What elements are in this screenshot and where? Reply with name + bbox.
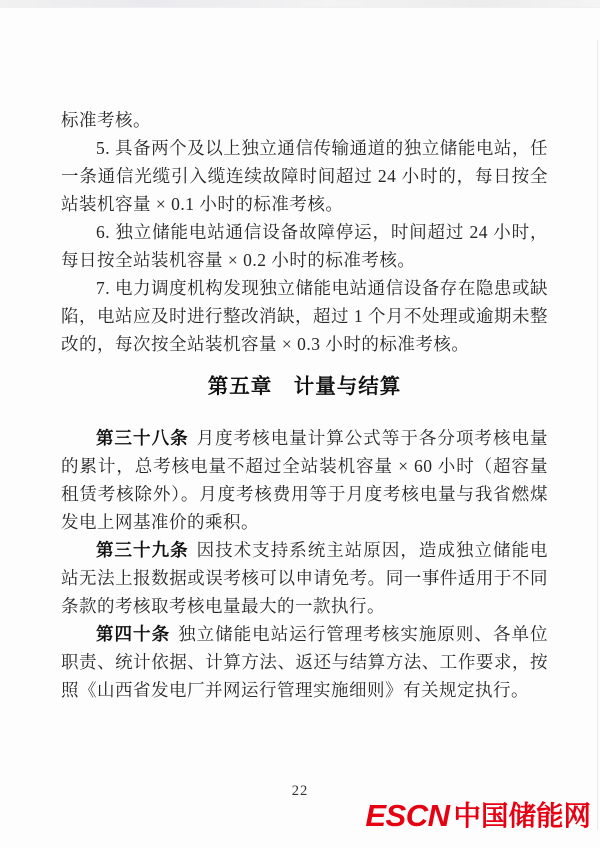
logo-cjk-text: 中国储能网 xyxy=(454,802,592,830)
body-paragraph: 5. 具备两个及以上独立通信传输通道的独立储能电站，任一条通信光缆引入缆连续故障… xyxy=(61,134,548,218)
article-paragraph: 第三十九条因技术支持系统主站原因，造成独立储能电站无法上报数据或误考核可以申请免… xyxy=(61,536,548,620)
body-paragraph: 6. 独立储能电站通信设备故障停运，时间超过 24 小时，每日按全站装机容量 ×… xyxy=(61,218,548,274)
article-paragraph: 第四十条独立储能电站运行管理考核实施原则、各单位职责、统计依据、计算方法、返还与… xyxy=(61,620,548,704)
logo-latin-text: ESCN xyxy=(365,800,449,831)
escn-logo: ESCN 中国储能网 xyxy=(365,800,591,831)
article-number: 第四十条 xyxy=(96,624,170,644)
article-number: 第三十八条 xyxy=(96,428,189,448)
scan-edge-artifact-top xyxy=(0,0,600,8)
document-page: 标准考核。 5. 具备两个及以上独立通信传输通道的独立储能电站，任一条通信光缆引… xyxy=(0,0,600,848)
chapter-heading: 第五章 计量与结算 xyxy=(61,372,548,402)
body-paragraph: 标准考核。 xyxy=(61,106,548,134)
body-paragraph: 7. 电力调度机构发现独立储能电站通信设备存在隐患或缺陷，电站应及时进行整改消缺… xyxy=(61,274,548,358)
scan-edge-artifact-right xyxy=(597,40,598,830)
page-number: 22 xyxy=(0,783,600,800)
article-paragraph: 第三十八条月度考核电量计算公式等于各分项考核电量的累计，总考核电量不超过全站装机… xyxy=(61,424,548,536)
document-content: 标准考核。 5. 具备两个及以上独立通信传输通道的独立储能电站，任一条通信光缆引… xyxy=(61,106,548,704)
article-number: 第三十九条 xyxy=(96,540,189,560)
